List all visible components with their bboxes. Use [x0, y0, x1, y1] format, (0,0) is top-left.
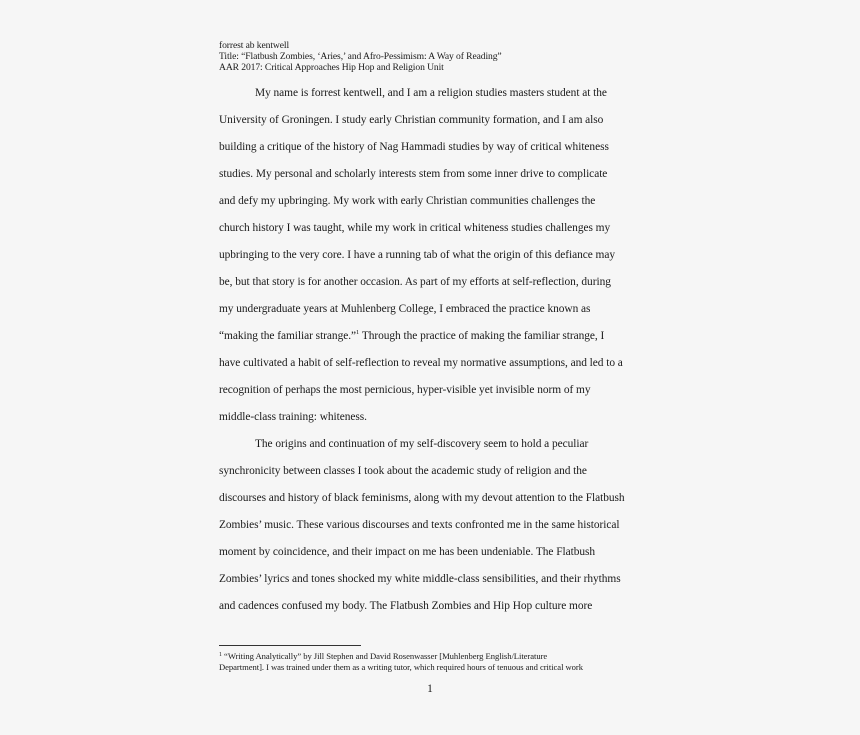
paragraph-1-line: have cultivated a habit of self-reflecti… [219, 350, 649, 377]
paragraph-1-line-with-footnote: “making the familiar strange.”1 Through … [219, 323, 649, 350]
paper-title: Title: “Flatbush Zombies, ‘Aries,’ and A… [219, 51, 649, 62]
paragraph-2-line: The origins and continuation of my self-… [219, 431, 649, 458]
conference-line: AAR 2017: Critical Approaches Hip Hop an… [219, 62, 649, 73]
footnote-line: 1 “Writing Analytically” by Jill Stephen… [219, 651, 649, 662]
paragraph-2-line: synchronicity between classes I took abo… [219, 458, 649, 485]
body-text: My name is forrest kentwell, and I am a … [219, 80, 649, 620]
paragraph-1-line: and defy my upbringing. My work with ear… [219, 188, 649, 215]
paragraph-1-line: be, but that story is for another occasi… [219, 269, 649, 296]
footnote-separator [219, 645, 361, 646]
page-number: 1 [0, 683, 860, 695]
paragraph-1-line: studies. My personal and scholarly inter… [219, 161, 649, 188]
paragraph-1-line: recognition of perhaps the most pernicio… [219, 377, 649, 404]
line-continuation: Through the practice of making the famil… [359, 330, 604, 342]
paragraph-2-line: and cadences confused my body. The Flatb… [219, 593, 649, 620]
paragraph-1-line: University of Groningen. I study early C… [219, 107, 649, 134]
document-header: forrest ab kentwell Title: “Flatbush Zom… [219, 40, 649, 73]
quoted-phrase: “making the familiar strange.” [219, 330, 356, 342]
paragraph-1-line: church history I was taught, while my wo… [219, 215, 649, 242]
paragraph-2-line: Zombies’ music. These various discourses… [219, 512, 649, 539]
paragraph-1-line: middle-class training: whiteness. [219, 404, 649, 431]
paragraph-2-line: discourses and history of black feminism… [219, 485, 649, 512]
document-page: forrest ab kentwell Title: “Flatbush Zom… [219, 40, 649, 620]
paragraph-1-line: My name is forrest kentwell, and I am a … [219, 80, 649, 107]
paragraph-1-line: my undergraduate years at Muhlenberg Col… [219, 296, 649, 323]
paragraph-1-line: upbringing to the very core. I have a ru… [219, 242, 649, 269]
footnote-line: Department]. I was trained under them as… [219, 662, 649, 673]
footnote: 1 “Writing Analytically” by Jill Stephen… [219, 651, 649, 673]
footnote-text: “Writing Analytically” by Jill Stephen a… [222, 651, 547, 661]
paragraph-1-line: building a critique of the history of Na… [219, 134, 649, 161]
paragraph-2-line: Zombies’ lyrics and tones shocked my whi… [219, 566, 649, 593]
author-name: forrest ab kentwell [219, 40, 649, 51]
paragraph-2-line: moment by coincidence, and their impact … [219, 539, 649, 566]
